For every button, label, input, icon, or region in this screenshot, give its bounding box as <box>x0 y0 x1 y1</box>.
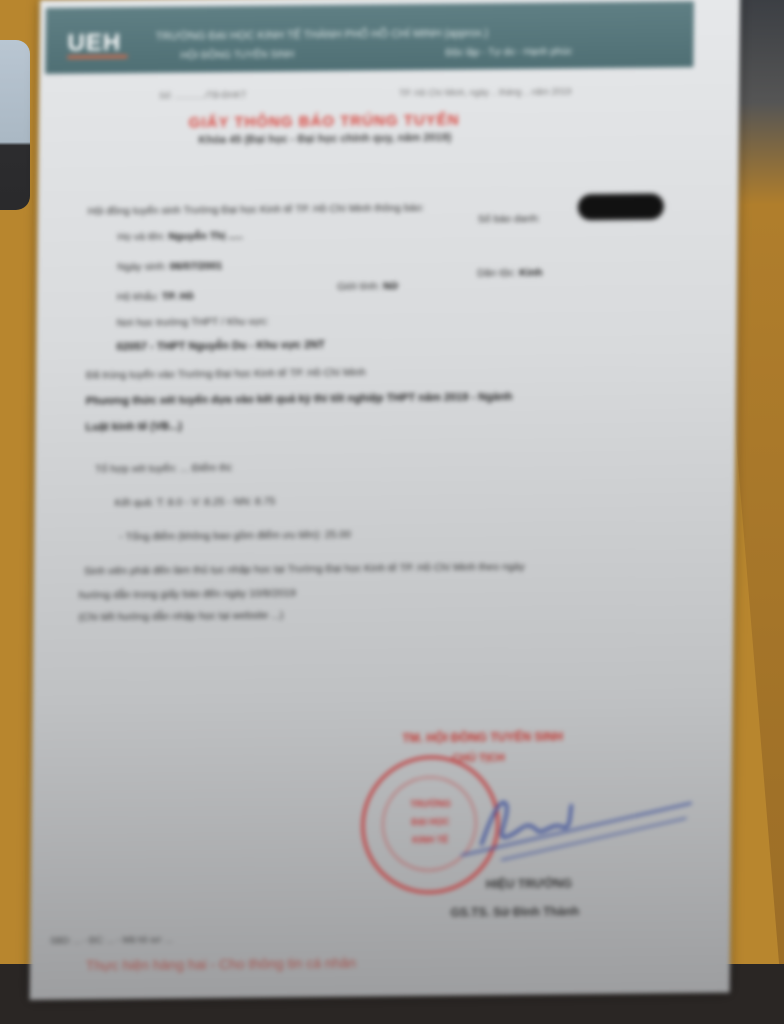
redacted-id-mark <box>578 193 664 220</box>
document-subtitle: Khóa 45 (Đại học - Đại học chính quy, nă… <box>198 132 451 147</box>
background-object-left <box>0 40 30 210</box>
intro-line: Hội đồng tuyển sinh Trường Đại học Kinh … <box>88 202 424 218</box>
field-label: Dân tộc: <box>477 267 516 279</box>
signer-role: HIỆU TRƯỞNG <box>486 876 572 891</box>
signature-title: TM. HỘI ĐỒNG TUYỂN SINH <box>402 729 563 745</box>
motto: Độc lập - Tự do - Hạnh phúc <box>445 46 572 58</box>
document-date: TP. Hồ Chí Minh, ngày .. tháng .. năm 20… <box>399 86 572 98</box>
scores-intro: Tổ hợp xét tuyển: ... Điểm thi: <box>95 462 233 475</box>
council-name: HỘI ĐỒNG TUYỂN SINH <box>180 49 294 61</box>
field-ethnicity: Dân tộc: Kinh <box>477 267 542 280</box>
field-gender: Giới tính: Nữ <box>337 280 398 293</box>
field-value: Nguyễn Thị ..... <box>168 230 243 243</box>
instruction-line: Sinh viên phải đến làm thủ tục nhập học … <box>84 561 525 578</box>
scores-line: Kết quả: T: 8.0 - V: 8.25 - NN: 8.75 <box>115 495 276 509</box>
field-value: TP. Hồ <box>162 290 194 302</box>
handwritten-signature-icon <box>421 773 702 866</box>
footer-note: Thực hiện hàng hai - Cho thông tin cá nh… <box>86 955 356 974</box>
document-title: GIẤY THÔNG BÁO TRÚNG TUYỂN <box>189 112 460 132</box>
field-value: Nữ <box>383 280 398 292</box>
instruction-line: (Chi tiết hướng dẫn nhập học tại website… <box>78 609 283 623</box>
admission-notice-paper: UEH TRƯỜNG ĐẠI HỌC KINH TẾ THÀNH PHỐ HỒ … <box>30 0 741 1000</box>
signer-name: GS.TS. Sử Đình Thành <box>450 904 579 919</box>
field-value: Kinh <box>519 267 542 279</box>
field-birth-date: Ngày sinh: 06/07/2001 <box>117 260 222 273</box>
field-label: Ngày sinh: <box>117 261 167 274</box>
program-line: Luật kinh tế (VB...) <box>85 420 182 433</box>
footer-reference: SBD: ... - ĐC: ... - Mã hồ sơ: ... <box>50 934 173 945</box>
field-label: Họ và tên: <box>117 231 165 244</box>
document-number: Số: ............/TB-ĐHKT <box>159 90 247 101</box>
field-school-value: 02057 - THPT Nguyễn Du - Khu vực 2NT <box>116 339 325 353</box>
logo-text: UEH <box>67 29 121 57</box>
letterhead-band: UEH TRƯỜNG ĐẠI HỌC KINH TẾ THÀNH PHỐ HỒ … <box>45 1 694 74</box>
method-line: Phương thức xét tuyển dựa vào kết quả kỳ… <box>86 391 513 407</box>
school-name: TRƯỜNG ĐẠI HỌC KINH TẾ THÀNH PHỐ HỒ CHÍ … <box>156 25 676 42</box>
field-value: 06/07/2001 <box>170 260 223 273</box>
id-label: Số báo danh: <box>478 213 541 226</box>
field-label: Hộ khẩu: <box>117 291 159 303</box>
school-logo: UEH <box>67 29 133 62</box>
field-full-name: Họ và tên: Nguyễn Thị ..... <box>117 230 243 243</box>
field-school-label: Nơi học trường THPT / Khu vực: <box>117 316 269 330</box>
instruction-line: hướng dẫn trong giấy báo đến ngày 10/8/2… <box>79 587 296 601</box>
result-line: Đã trúng tuyển vào Trường Đại học Kinh t… <box>86 367 366 382</box>
field-label: Giới tính: <box>337 280 380 292</box>
total-score-line: - Tổng điểm (không bao gồm điểm ưu tiên)… <box>119 529 351 543</box>
field-residence: Hộ khẩu: TP. Hồ <box>117 290 194 303</box>
